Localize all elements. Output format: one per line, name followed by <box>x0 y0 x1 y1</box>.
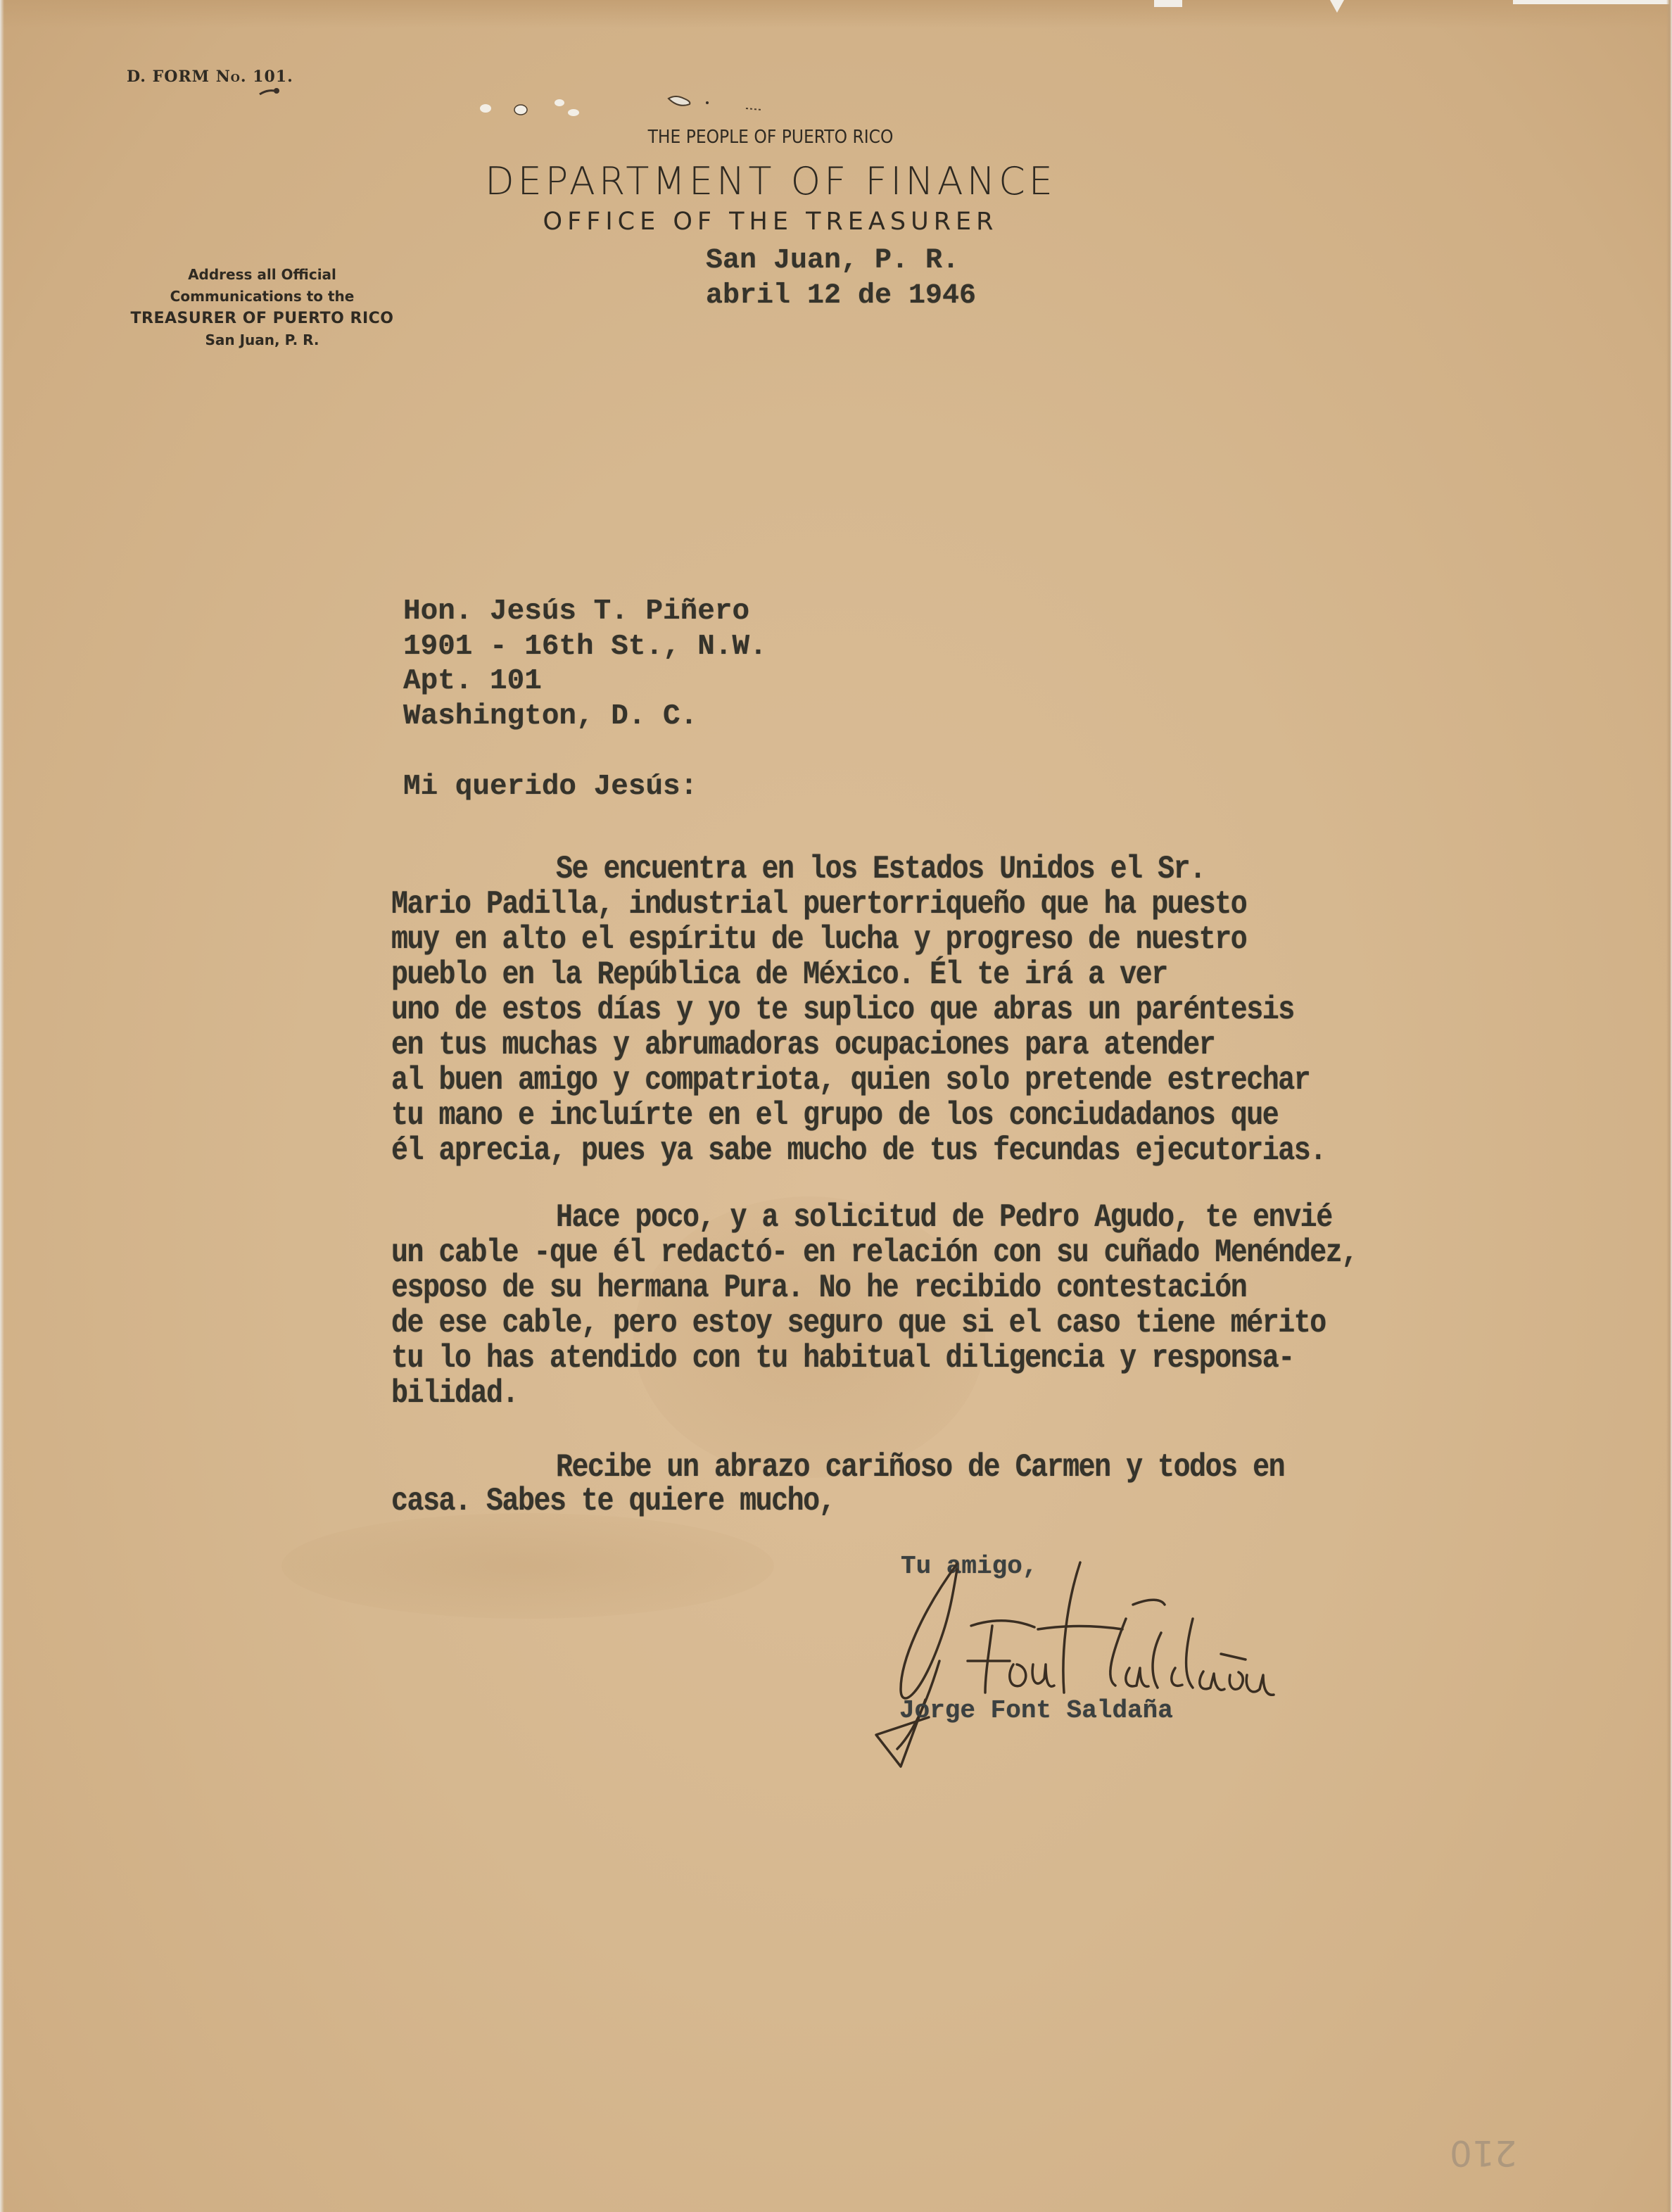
salutation: Mi querido Jesús: <box>403 771 697 803</box>
paragraph-2-line: Hace poco, y a solicitud de Pedro Agudo,… <box>556 1200 1332 1237</box>
recipient-line: 1901 - 16th St., N.W. <box>403 631 767 663</box>
paragraph-3-line: Recibe un abrazo cariñoso de Carmen y to… <box>556 1450 1284 1486</box>
paragraph-1-line: él aprecia, pues ya sabe mucho de tus fe… <box>391 1133 1326 1170</box>
paragraph-2-line: tu lo has atendido con tu habitual dilig… <box>391 1341 1294 1377</box>
return-address-line: Communications to the <box>113 286 412 308</box>
letter-city: San Juan, P. R. <box>706 245 959 277</box>
return-address-line: TREASURER OF PUERTO RICO <box>113 308 412 329</box>
recipient-line: Washington, D. C. <box>403 700 697 733</box>
paper-tear <box>1154 0 1182 7</box>
paragraph-1-line: muy en alto el espíritu de lucha y progr… <box>391 922 1246 959</box>
paragraph-2-line: esposo de su hermana Pura. No he recibid… <box>391 1270 1246 1307</box>
letter-date: abril 12 de 1946 <box>706 280 976 312</box>
paper-left-edge <box>0 0 4 2212</box>
paragraph-3-line: casa. Sabes te quiere mucho, <box>391 1484 835 1520</box>
ink-mark <box>257 84 285 99</box>
paper-tear <box>1513 0 1672 4</box>
paragraph-2-line: de ese cable, pero estoy seguro que si e… <box>391 1306 1326 1342</box>
staple-marks <box>457 84 809 127</box>
recipient-line: Apt. 101 <box>403 665 542 697</box>
archive-number: 210 <box>1450 2132 1516 2173</box>
paragraph-2-line: un cable -que él redactó- en relación co… <box>391 1235 1357 1272</box>
paragraph-1-line: Mario Padilla, industrial puertorriqueño… <box>391 887 1246 923</box>
form-number: D. FORM No. 101. <box>127 68 293 86</box>
signer-name: Jorge Font Saldaña <box>899 1696 1173 1725</box>
paragraph-1-line: en tus muchas y abrumadoras ocupaciones … <box>391 1028 1215 1064</box>
return-address-line: Address all Official <box>113 264 412 286</box>
paragraph-2-line: bilidad. <box>391 1376 518 1412</box>
paper-top-edge <box>0 0 1672 28</box>
return-address-block: Address all Official Communications to t… <box>113 264 412 351</box>
paragraph-1-line: al buen amigo y compatriota, quien solo … <box>391 1063 1310 1099</box>
handwritten-signature <box>873 1548 1309 1774</box>
paragraph-1-line: pueblo en la República de México. Él te … <box>391 957 1167 994</box>
paragraph-1-line: tu mano e incluírte en el grupo de los c… <box>391 1098 1278 1135</box>
recipient-line: Hon. Jesús T. Piñero <box>403 595 749 628</box>
paragraph-1-line: uno de estos días y yo te suplico que ab… <box>391 992 1294 1029</box>
paragraph-1-line: Se encuentra en los Estados Unidos el Sr… <box>556 852 1205 888</box>
letterhead-government: THE PEOPLE OF PUERTO RICO <box>77 127 1464 148</box>
return-address-line: San Juan, P. R. <box>113 329 412 351</box>
letterhead-office: OFFICE OF THE TREASURER <box>0 208 1541 236</box>
paper-right-edge <box>1666 0 1672 2212</box>
letterhead-department: DEPARTMENT OF FINANCE <box>0 159 1541 203</box>
